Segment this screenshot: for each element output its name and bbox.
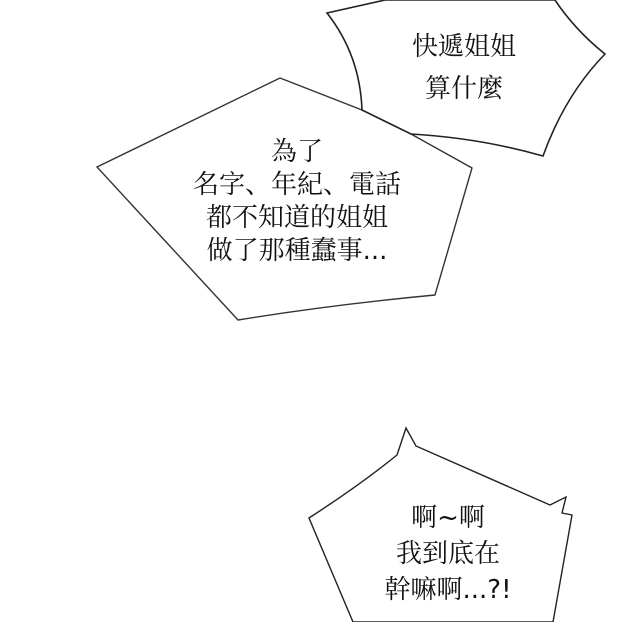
speech-bubble-middle-text: 為了 名字、年紀、電話 都不知道的姐姐 做了那種蠢事... [193, 136, 401, 268]
dialogue-line: 做了那種蠢事... [193, 235, 401, 268]
speech-bubble-outlines [0, 0, 640, 622]
comic-panel: 快遞姐姐 算什麼 為了 名字、年紀、電話 都不知道的姐姐 做了那種蠢事... 啊… [0, 0, 640, 622]
dialogue-line: 為了 [193, 136, 401, 169]
dialogue-line: 快遞姐姐 [412, 26, 516, 68]
speech-bubble-top-text: 快遞姐姐 算什麼 [412, 26, 516, 110]
dialogue-line: 啊~啊 [384, 500, 511, 536]
speech-bubble-bottom-text: 啊~啊 我到底在 幹嘛啊...?! [384, 500, 511, 608]
dialogue-line: 都不知道的姐姐 [193, 202, 401, 235]
dialogue-line: 幹嘛啊...?! [384, 572, 511, 608]
dialogue-line: 算什麼 [412, 68, 516, 110]
dialogue-line: 名字、年紀、電話 [193, 169, 401, 202]
dialogue-line: 我到底在 [384, 536, 511, 572]
